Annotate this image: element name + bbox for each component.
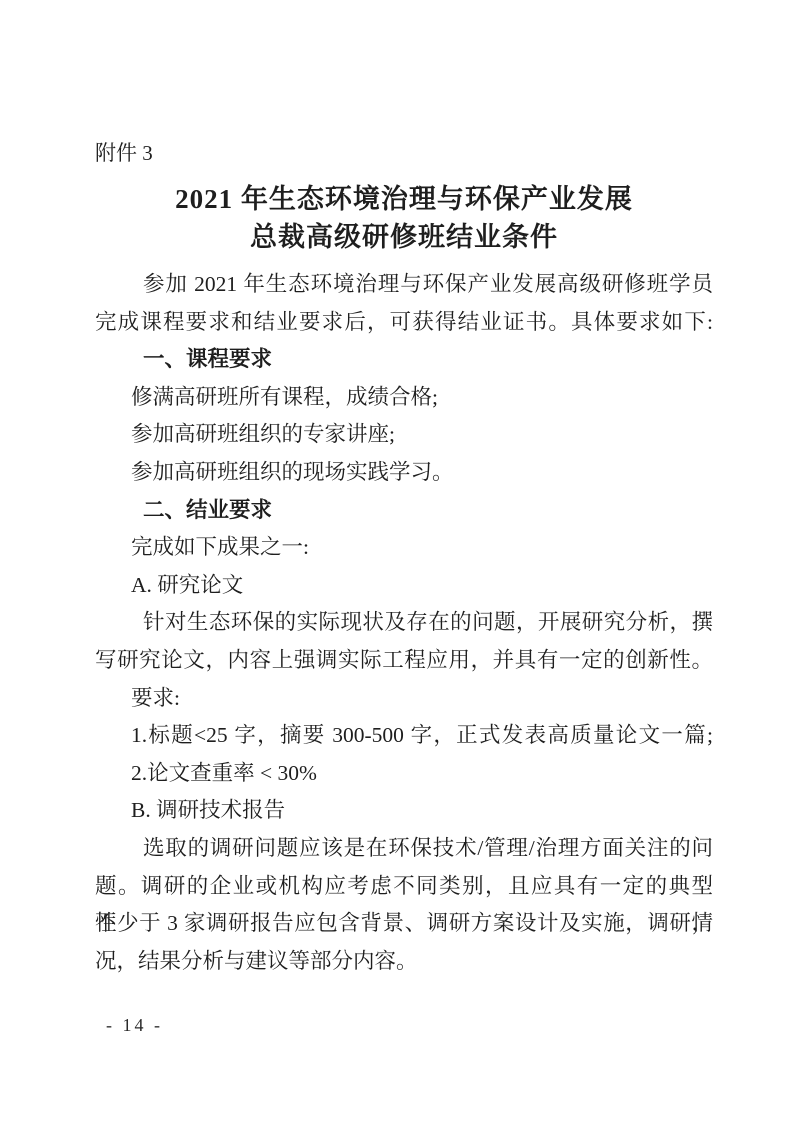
option-b-description-line-3: 不少于 3 家调研报告应包含背景、调研方案设计及实施，调研情 [95,905,713,943]
course-requirement-item-2: 参加高研班组织的专家讲座; [95,416,713,454]
requirement-item-1: 1.标题<25 字，摘要 300-500 字，正式发表高质量论文一篇; [95,717,713,755]
option-a-label: A. 研究论文 [95,567,713,605]
requirements-label: 要求: [95,680,713,718]
document-page: 附件 3 2021 年生态环境治理与环保产业发展 总裁高级研修班结业条件 参加 … [0,0,800,1131]
document-title-line2: 总裁高级研修班结业条件 [95,218,713,256]
document-title: 2021 年生态环境治理与环保产业发展 总裁高级研修班结业条件 [95,180,713,256]
document-body: 参加 2021 年生态环境治理与环保产业发展高级研修班学员 完成课程要求和结业要… [95,266,713,980]
option-b-label: B. 调研技术报告 [95,792,713,830]
intro-paragraph-line-1: 参加 2021 年生态环境治理与环保产业发展高级研修班学员 [95,266,713,304]
graduation-intro-line: 完成如下成果之一: [95,529,713,567]
page-number: - 14 - [106,1015,163,1036]
section-heading-graduation-requirements: 二、结业要求 [95,492,713,530]
requirement-item-2: 2.论文查重率 < 30% [95,755,713,793]
document-title-line1: 2021 年生态环境治理与环保产业发展 [95,180,713,218]
attachment-label: 附件 3 [95,140,713,166]
option-b-description-line-4: 况，结果分析与建议等部分内容。 [95,943,713,981]
option-a-description-line-1: 针对生态环保的实际现状及存在的问题，开展研究分析，撰 [95,604,713,642]
option-b-description-line-2: 题。调研的企业或机构应考虑不同类别，且应具有一定的典型性， [95,868,713,906]
course-requirement-item-1: 修满高研班所有课程，成绩合格; [95,379,713,417]
course-requirement-item-3: 参加高研班组织的现场实践学习。 [95,454,713,492]
option-b-description-line-1: 选取的调研问题应该是在环保技术/管理/治理方面关注的问 [95,830,713,868]
option-a-description-line-2: 写研究论文，内容上强调实际工程应用，并具有一定的创新性。 [95,642,713,680]
intro-paragraph-line-2: 完成课程要求和结业要求后，可获得结业证书。具体要求如下: [95,304,713,342]
section-heading-course-requirements: 一、课程要求 [95,341,713,379]
document-content: 附件 3 2021 年生态环境治理与环保产业发展 总裁高级研修班结业条件 参加 … [95,140,713,980]
